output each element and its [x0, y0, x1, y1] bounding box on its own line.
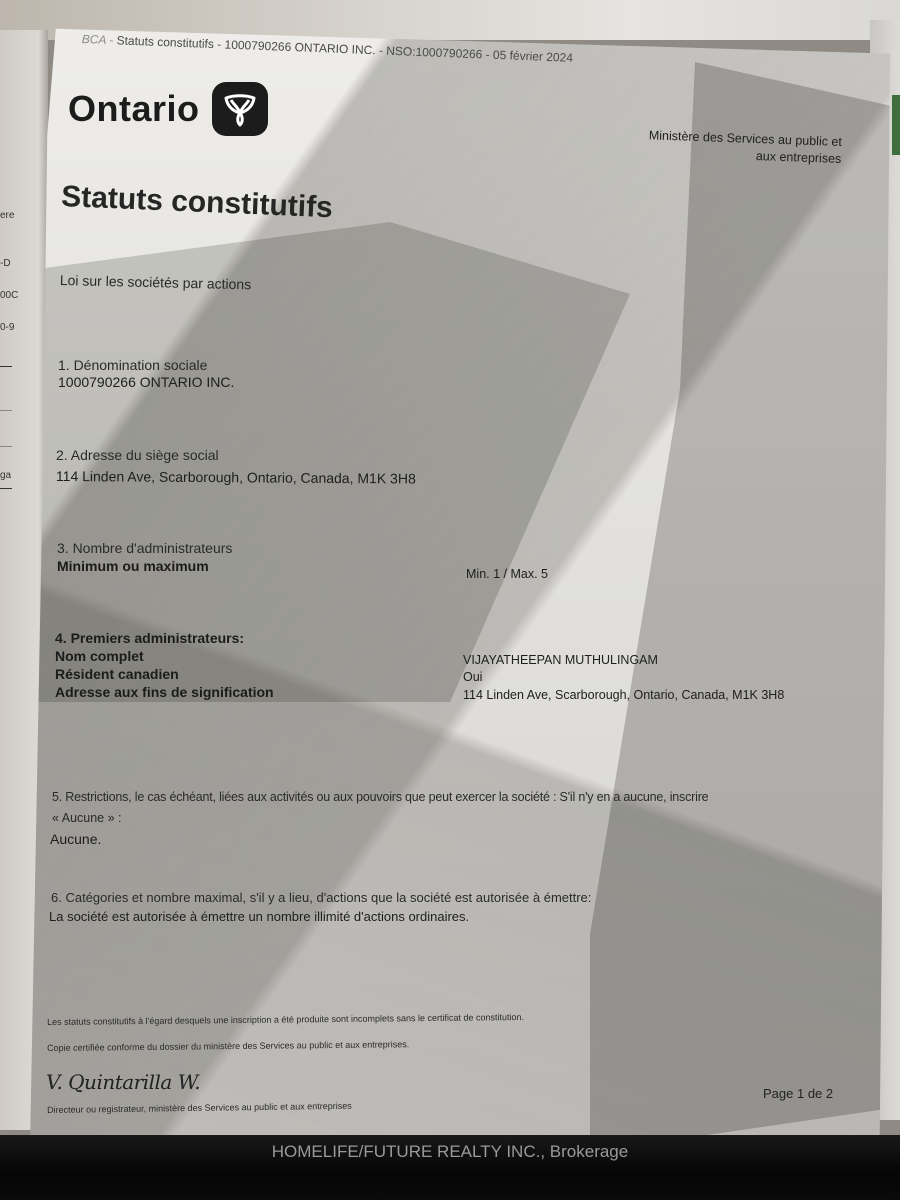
- director-label: Résident canadien: [55, 666, 179, 682]
- left-edge-fragment: 0-9: [0, 322, 14, 333]
- section-2-heading: 2. Adresse du siège social: [56, 447, 219, 463]
- document-page: BCA - Statuts constitutifs - 1000790266 …: [30, 22, 890, 1152]
- divider: [0, 366, 12, 367]
- section-5-value: Aucune.: [50, 831, 101, 847]
- ministry-name: Ministère des Services au public et aux …: [648, 127, 842, 168]
- signatory-title: Directeur ou registrateur, ministère des…: [47, 1101, 352, 1115]
- section-4-heading: 4. Premiers administrateurs:: [55, 630, 244, 646]
- section-1-value: 1000790266 ONTARIO INC.: [58, 374, 234, 390]
- section-3-label: Minimum ou maximum: [57, 558, 209, 574]
- footer-notice: Les statuts constitutifs à l'égard desqu…: [47, 1012, 524, 1027]
- brokerage-watermark: HOMELIFE/FUTURE REALTY INC., Brokerage: [0, 1142, 900, 1162]
- document-content: BCA - Statuts constitutifs - 1000790266 …: [30, 22, 890, 1152]
- director-value: VIJAYATHEEPAN MUTHULINGAM: [463, 653, 658, 667]
- left-edge-fragment: -D: [0, 258, 11, 269]
- page-number: Page 1 de 2: [763, 1086, 833, 1101]
- trillium-icon: [212, 82, 268, 136]
- left-edge-fragment: 00C: [0, 290, 18, 301]
- section-3-heading: 3. Nombre d'administrateurs: [57, 540, 232, 556]
- divider: [0, 446, 12, 447]
- director-value: Oui: [463, 670, 482, 684]
- left-edge-fragment: ere: [0, 210, 14, 221]
- section-5-heading-cont: « Aucune » :: [52, 811, 122, 825]
- background-object: [892, 95, 900, 155]
- section-2-value: 114 Linden Ave, Scarborough, Ontario, Ca…: [56, 468, 416, 487]
- left-edge-fragment: ga: [0, 470, 11, 481]
- section-6-heading: 6. Catégories et nombre maximal, s'il y …: [51, 890, 591, 905]
- header-prefix: BCA -: [81, 32, 113, 47]
- page-title: Statuts constitutifs: [61, 180, 334, 225]
- page-subtitle: Loi sur les sociétés par actions: [60, 272, 252, 292]
- section-5-heading: 5. Restrictions, le cas échéant, liées a…: [52, 790, 708, 804]
- section-1-heading: 1. Dénomination sociale: [58, 357, 207, 373]
- director-label: Adresse aux fins de signification: [55, 684, 274, 700]
- registrar-signature: V. Quintarilla W.: [46, 1070, 200, 1094]
- footer-certified: Copie certifiée conforme du dossier du m…: [47, 1039, 409, 1053]
- ontario-brand: Ontario: [68, 82, 268, 136]
- section-6-value: La société est autorisée à émettre un no…: [49, 909, 469, 924]
- director-value: 114 Linden Ave, Scarborough, Ontario, Ca…: [463, 688, 784, 702]
- ontario-wordmark: Ontario: [68, 88, 200, 130]
- divider: [0, 410, 12, 411]
- section-3-value: Min. 1 / Max. 5: [466, 567, 548, 581]
- director-label: Nom complet: [55, 648, 144, 664]
- divider: [0, 488, 12, 489]
